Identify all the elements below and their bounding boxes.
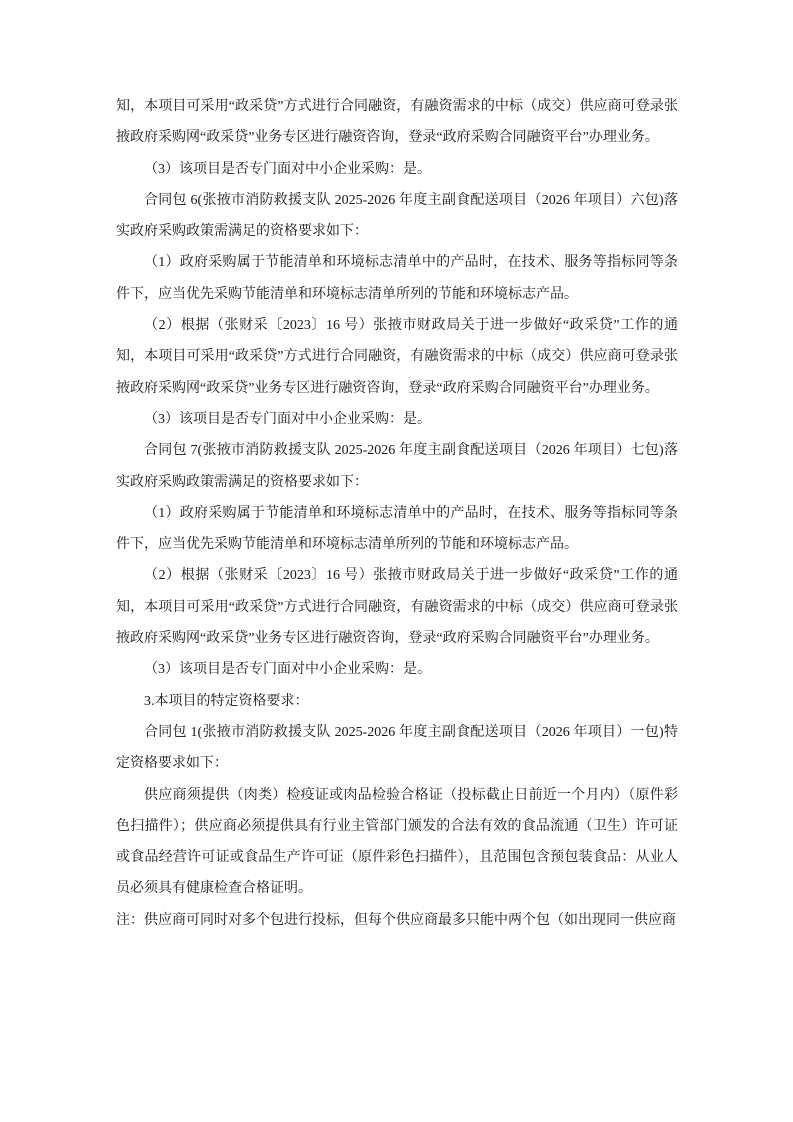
paragraph: 注：供应商可同时对多个包进行投标，但每个供应商最多只能中两个包（如出现同一供应商: [116, 905, 678, 936]
paragraph: 合同包 1(张掖市消防救援支队 2025-2026 年度主副食配送项目（2026…: [116, 717, 678, 780]
paragraph: （1）政府采购属于节能清单和环境标志清单中的产品时，在技术、服务等指标同等条件下…: [116, 498, 678, 561]
paragraph: 合同包 6(张掖市消防救援支队 2025-2026 年度主副食配送项目（2026…: [116, 185, 678, 248]
paragraph: 供应商须提供（肉类）检疫证或肉品检验合格证（投标截止日前近一个月内）（原件彩色扫…: [116, 780, 678, 905]
paragraph: （1）政府采购属于节能清单和环境标志清单中的产品时，在技术、服务等指标同等条件下…: [116, 247, 678, 310]
paragraph: （2）根据（张财采〔2023〕16 号）张掖市财政局关于进一步做好“政采贷”工作…: [116, 560, 678, 654]
paragraph: 3.本项目的特定资格要求：: [116, 686, 678, 717]
paragraph: （3）该项目是否专门面对中小企业采购：是。: [116, 404, 678, 435]
paragraph: （3）该项目是否专门面对中小企业采购：是。: [116, 154, 678, 185]
paragraph: （2）根据（张财采〔2023〕16 号）张掖市财政局关于进一步做好“政采贷”工作…: [116, 310, 678, 404]
document-body: 知，本项目可采用“政采贷”方式进行合同融资，有融资需求的中标（成交）供应商可登录…: [116, 91, 678, 936]
document-page: 知，本项目可采用“政采贷”方式进行合同融资，有融资需求的中标（成交）供应商可登录…: [0, 0, 793, 1122]
paragraph: 合同包 7(张掖市消防救援支队 2025-2026 年度主副食配送项目（2026…: [116, 435, 678, 498]
paragraph: 知，本项目可采用“政采贷”方式进行合同融资，有融资需求的中标（成交）供应商可登录…: [116, 91, 678, 154]
paragraph: （3）该项目是否专门面对中小企业采购：是。: [116, 654, 678, 685]
